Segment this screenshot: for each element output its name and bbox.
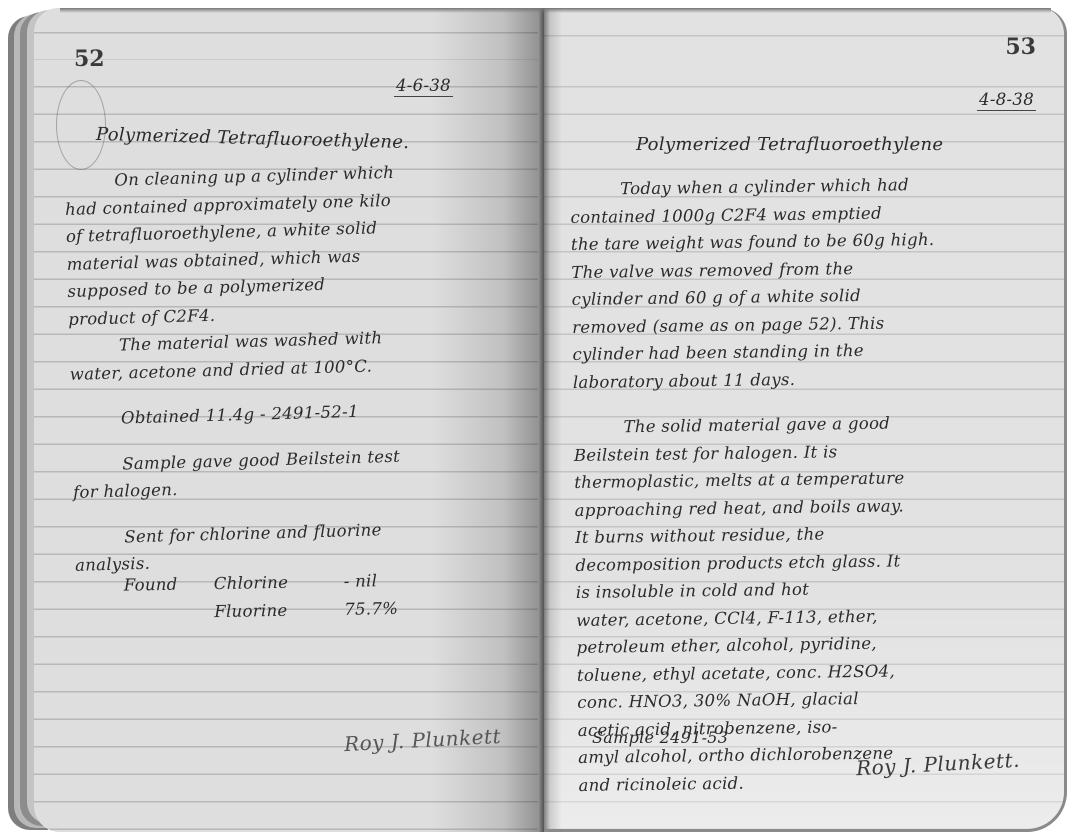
- result-value: 75.7%: [344, 594, 464, 624]
- results-label: Found: [124, 570, 214, 600]
- open-notebook: 52 4-6-38 Polymerized Tetrafluoroethylen…: [0, 0, 1075, 840]
- entry-date: 4-6-38: [394, 76, 453, 97]
- entry-title: Polymerized Tetrafluoroethylene.: [96, 124, 410, 153]
- page-number: 53: [1005, 34, 1036, 60]
- result-value: - nil: [344, 566, 464, 596]
- entry-body: Today when a cylinder which had containe…: [570, 169, 1067, 799]
- sample-number: Sample 2491-53: [592, 728, 728, 747]
- result-element: Fluorine: [214, 596, 344, 626]
- notebook-top-edge: [60, 8, 1051, 13]
- results-label-spacer: [124, 598, 214, 628]
- signature: Roy J. Plunkett: [343, 724, 501, 756]
- left-page: 52 4-6-38 Polymerized Tetrafluoroethylen…: [34, 8, 544, 832]
- entry-title: Polymerized Tetrafluoroethylene: [636, 134, 943, 155]
- result-row: Fluorine 75.7%: [124, 592, 544, 627]
- right-page: 53 4-8-38 Polymerized Tetrafluoroethylen…: [544, 8, 1067, 832]
- page-number: 52: [74, 46, 105, 72]
- analysis-results: Found Chlorine - nil Fluorine 75.7%: [124, 564, 544, 627]
- entry-date: 4-8-38: [977, 90, 1036, 111]
- result-element: Chlorine: [214, 568, 344, 598]
- entry-body: On cleaning up a cylinder which had cont…: [64, 155, 544, 579]
